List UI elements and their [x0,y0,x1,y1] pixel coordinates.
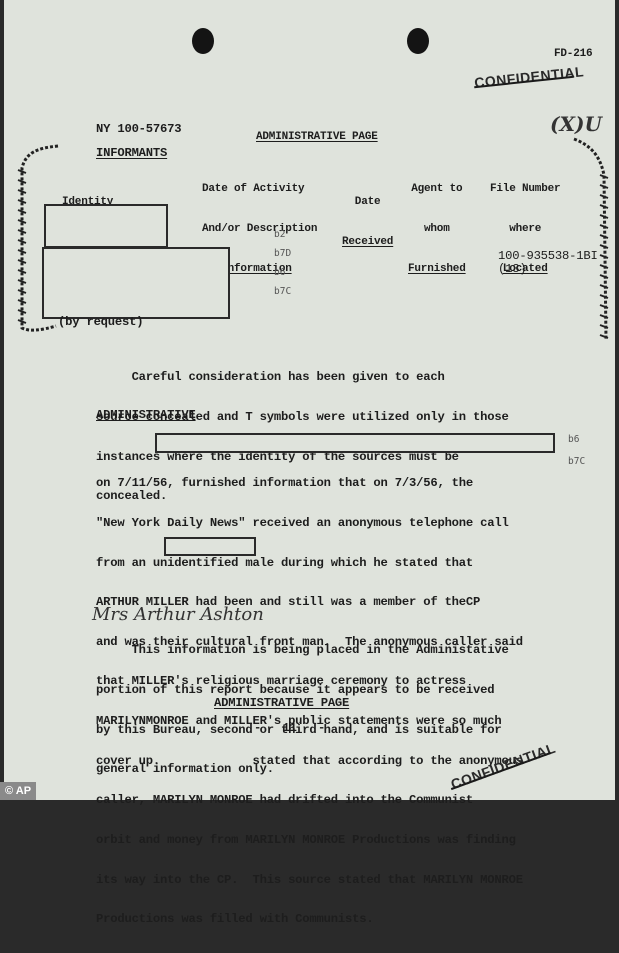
col-line: where [490,223,560,236]
exemption-code: b2 [274,229,285,240]
text-line: Careful consideration has been given to … [96,371,509,384]
photo-credit: © AP [0,782,36,800]
exemption-code: b6 [274,267,285,278]
exemption-code: b7C [568,456,585,467]
informants-heading: INFORMANTS [96,147,167,160]
column-date-received: Date Received [342,170,393,276]
col-line: whom [408,223,466,236]
col-line: And/or Description [202,223,317,236]
exemption-code: b7D [274,248,291,259]
col-line: Date [342,196,393,209]
form-number: FD-216 [554,48,592,61]
text-line: general information only. [96,763,509,776]
column-file-number: File Number where Located [490,157,560,302]
administrative-page-header: ADMINISTRATIVE PAGE [256,131,378,144]
exemption-code: b7C [274,286,291,297]
redaction-box [164,537,256,556]
text-line: This information is being placed in the … [96,644,509,657]
punch-hole-left [192,28,214,54]
redaction-box [44,204,168,248]
exemption-code: b6 [568,434,579,445]
file-reference: NY 100-57673 [96,123,181,136]
file-number-sub: (13) [498,263,526,276]
handwritten-classification-mark: (X)U [550,112,602,136]
by-request-note: (by request) [58,316,143,329]
text-line: on 7/11/56, furnished information that o… [96,477,523,490]
redaction-box [155,433,555,453]
col-line: Agent to [408,183,466,196]
col-line: File Number [490,183,560,196]
col-line: Received [342,236,393,249]
text-line: from an unidentified male during which h… [96,557,523,570]
footer-administrative-page: ADMINISTRATIVE PAGE [214,697,349,710]
redaction-box [42,247,230,319]
text-line: "New York Daily News" received an anonym… [96,517,523,530]
column-agent-to-whom-furnished: Agent to whom Furnished [408,157,466,302]
document-page: FD-216 CONFIDENTIAL (X)U NY 100-57673 AD… [4,0,615,800]
col-line: Furnished [408,263,466,276]
col-line: Date of Activity [202,183,317,196]
page-number: - 11 - [254,722,325,735]
punch-hole-right [407,28,429,54]
handwritten-bracket-right-icon [570,135,615,345]
administrative-heading: ADMINISTRATIVE [96,409,196,422]
